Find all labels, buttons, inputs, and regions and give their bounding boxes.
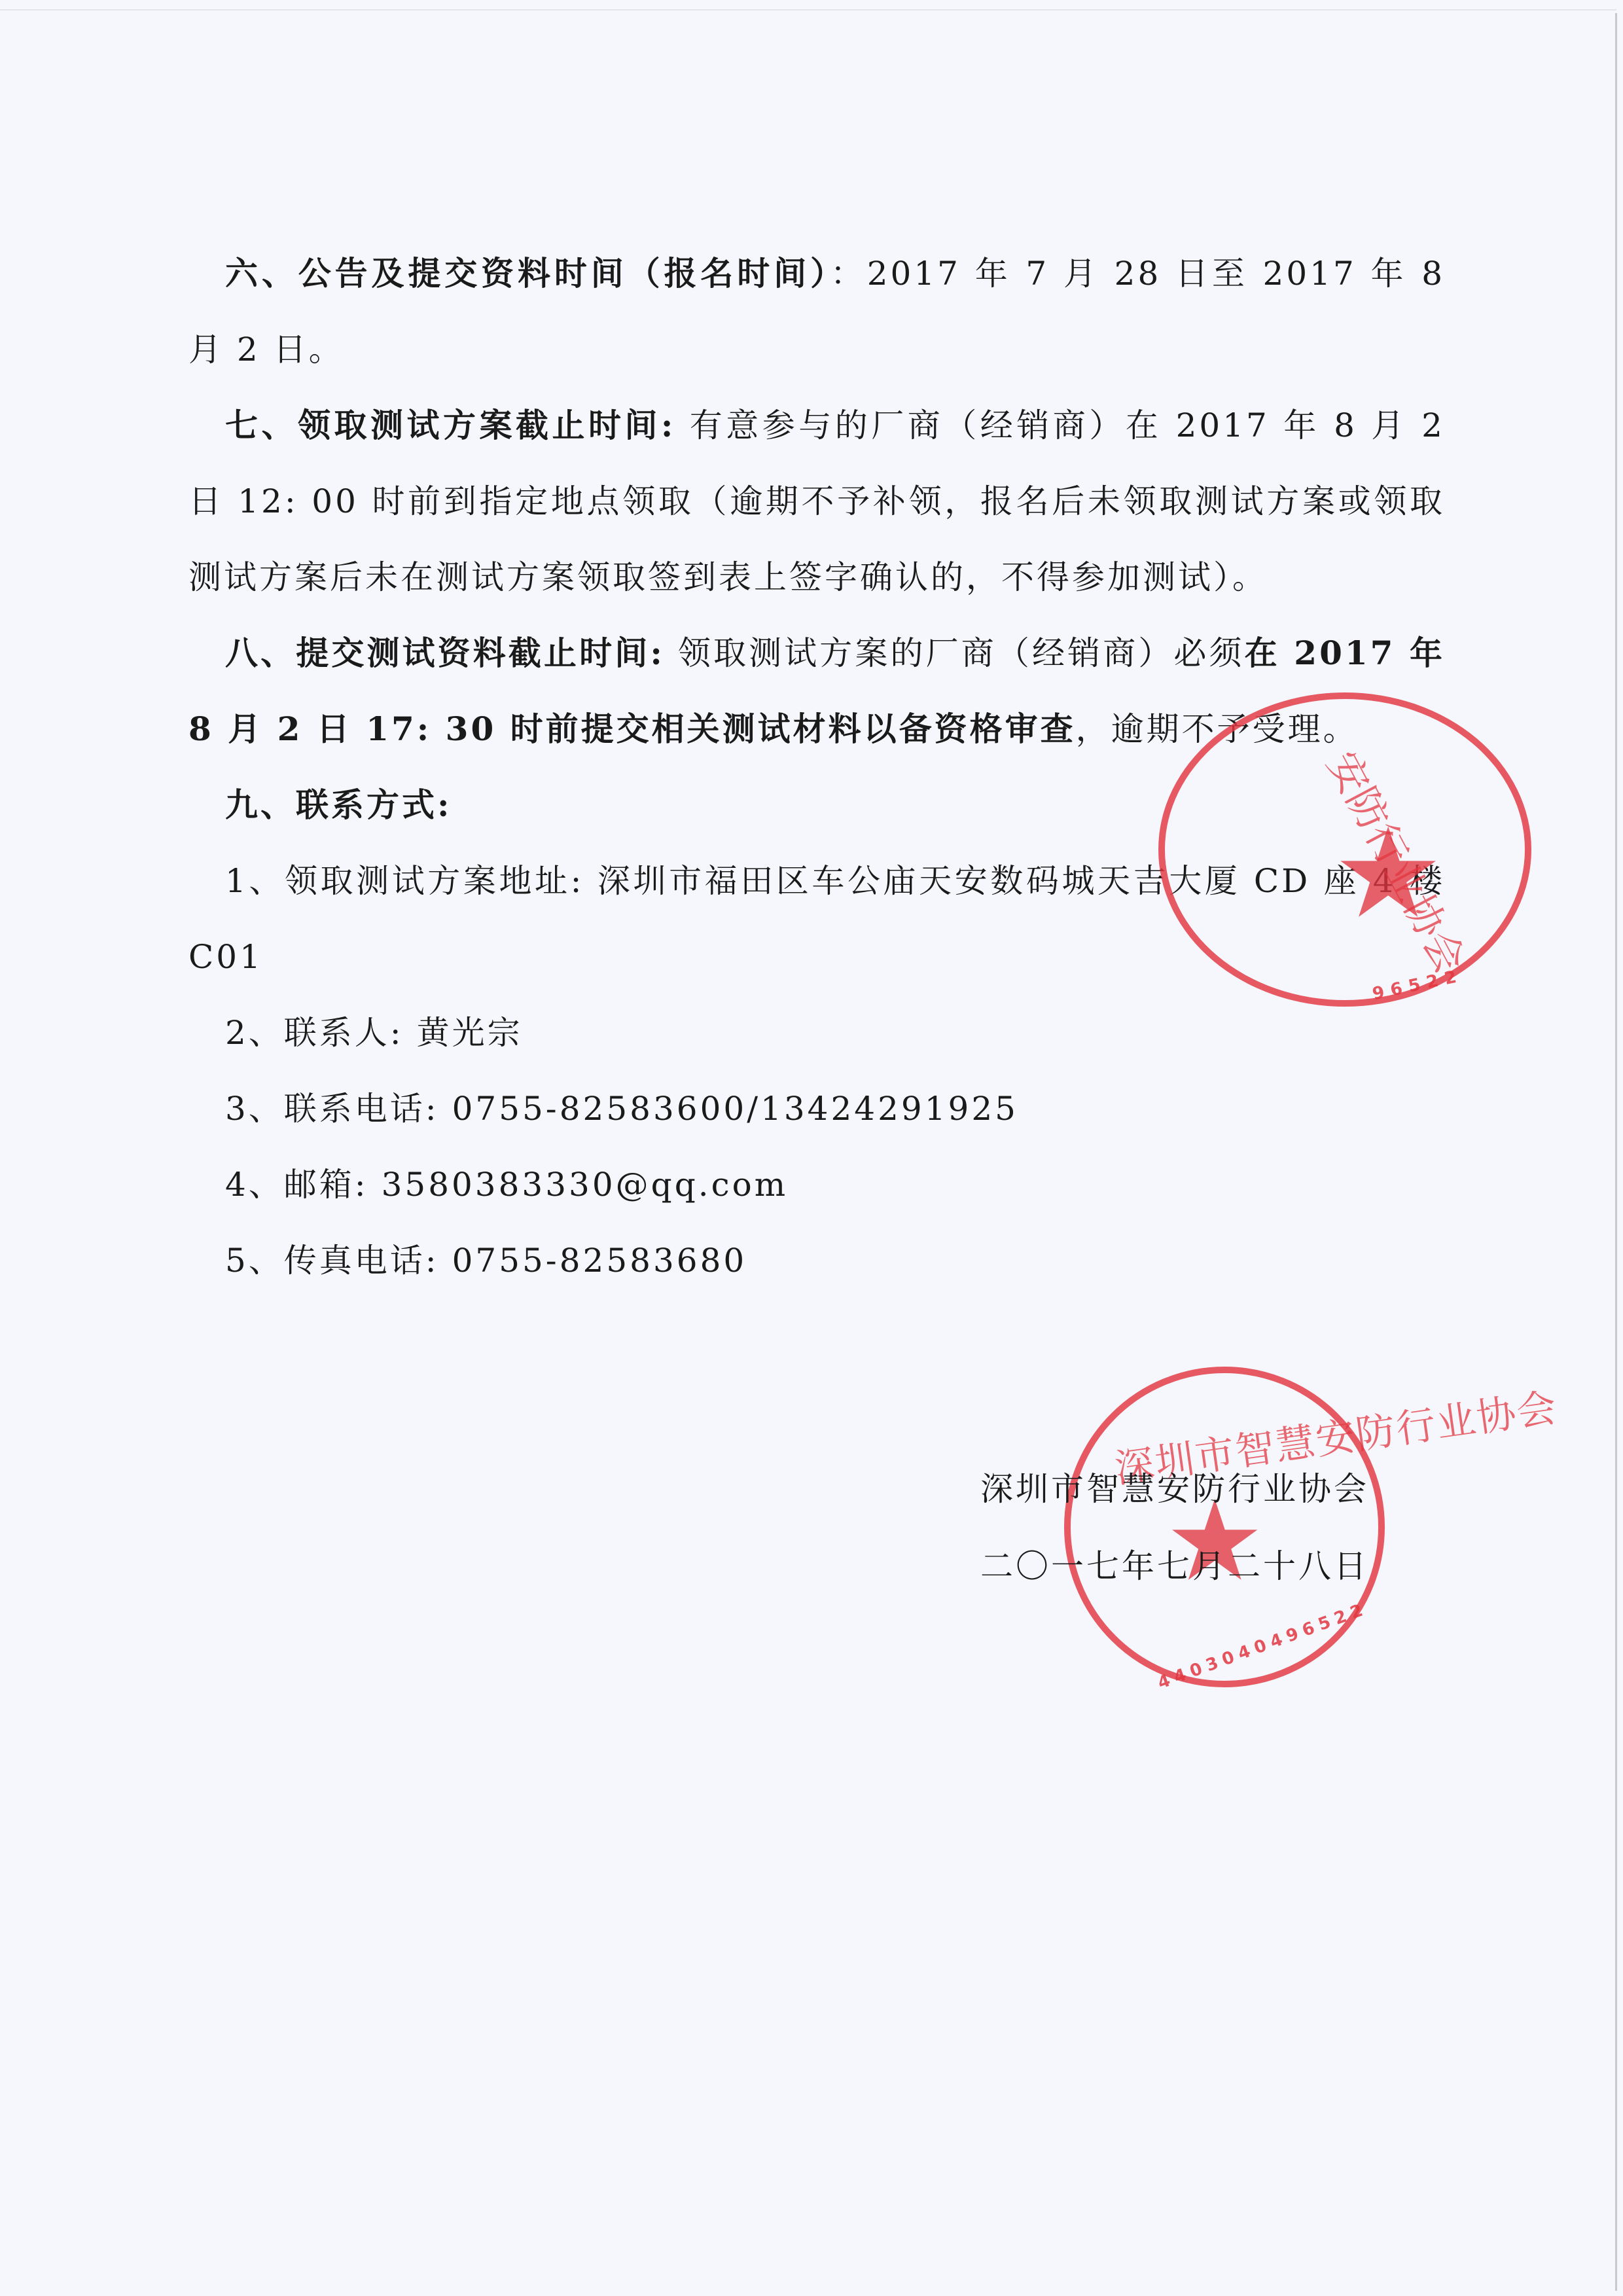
contact-person: 2、联系人: 黄光宗	[188, 995, 1445, 1071]
contact-fax: 5、传真电话: 0755-82583680	[188, 1223, 1445, 1299]
contact-person-value: 黄光宗	[404, 1014, 523, 1052]
section-eight: 八、提交测试资料截止时间: 领取测试方案的厂商（经销商）必须在 2017 年 8…	[188, 615, 1445, 767]
scan-edge-top	[0, 9, 1616, 10]
contact-phone: 3、联系电话: 0755-82583600/13424291925	[188, 1071, 1445, 1147]
section-six: 六、公告及提交资料时间（报名时间）：2017 年 7 月 28 日至 2017 …	[188, 236, 1445, 387]
seal-serial: 4403040496522	[1155, 1599, 1370, 1693]
section-nine-heading: 九、联系方式:	[225, 785, 452, 824]
contact-address-label: 1、领取测试方案地址:	[225, 862, 584, 900]
contact-phone-label: 3、联系电话:	[225, 1090, 439, 1128]
contact-person-label: 2、联系人:	[225, 1014, 404, 1052]
contact-email-label: 4、邮箱:	[225, 1166, 368, 1204]
section-eight-heading: 八、提交测试资料截止时间:	[225, 634, 665, 672]
scan-edge-right	[1615, 13, 1617, 2291]
signing-date: 二〇一七年七月二十八日	[980, 1528, 1369, 1605]
contact-fax-label: 5、传真电话:	[225, 1242, 439, 1280]
section-eight-body-before: 领取测试方案的厂商（经销商）必须	[665, 634, 1245, 672]
signing-organization: 深圳市智慧安防行业协会	[980, 1450, 1369, 1528]
contact-fax-value: 0755-82583680	[439, 1242, 747, 1280]
section-nine: 九、联系方式:	[188, 767, 1445, 843]
section-seven: 七、领取测试方案截止时间: 有意参与的厂商（经销商）在 2017 年 8 月 2…	[188, 387, 1445, 615]
document-body: 六、公告及提交资料时间（报名时间）：2017 年 7 月 28 日至 2017 …	[188, 236, 1445, 1299]
section-six-heading: 六、公告及提交资料时间（报名时间）	[225, 254, 830, 293]
contact-email: 4、邮箱: 3580383330@qq.com	[188, 1147, 1445, 1223]
contact-phone-value: 0755-82583600/13424291925	[439, 1090, 1018, 1128]
contact-address: 1、领取测试方案地址: 深圳市福田区车公庙天安数码城天吉大厦 CD 座 4 楼 …	[188, 843, 1445, 995]
signature-block: 深圳市智慧安防行业协会 二〇一七年七月二十八日	[980, 1450, 1369, 1605]
section-seven-heading: 七、领取测试方案截止时间:	[225, 406, 675, 444]
contact-email-value: 3580383330@qq.com	[368, 1166, 788, 1204]
section-eight-body-after: ，逾期不予受理。	[1076, 710, 1359, 748]
